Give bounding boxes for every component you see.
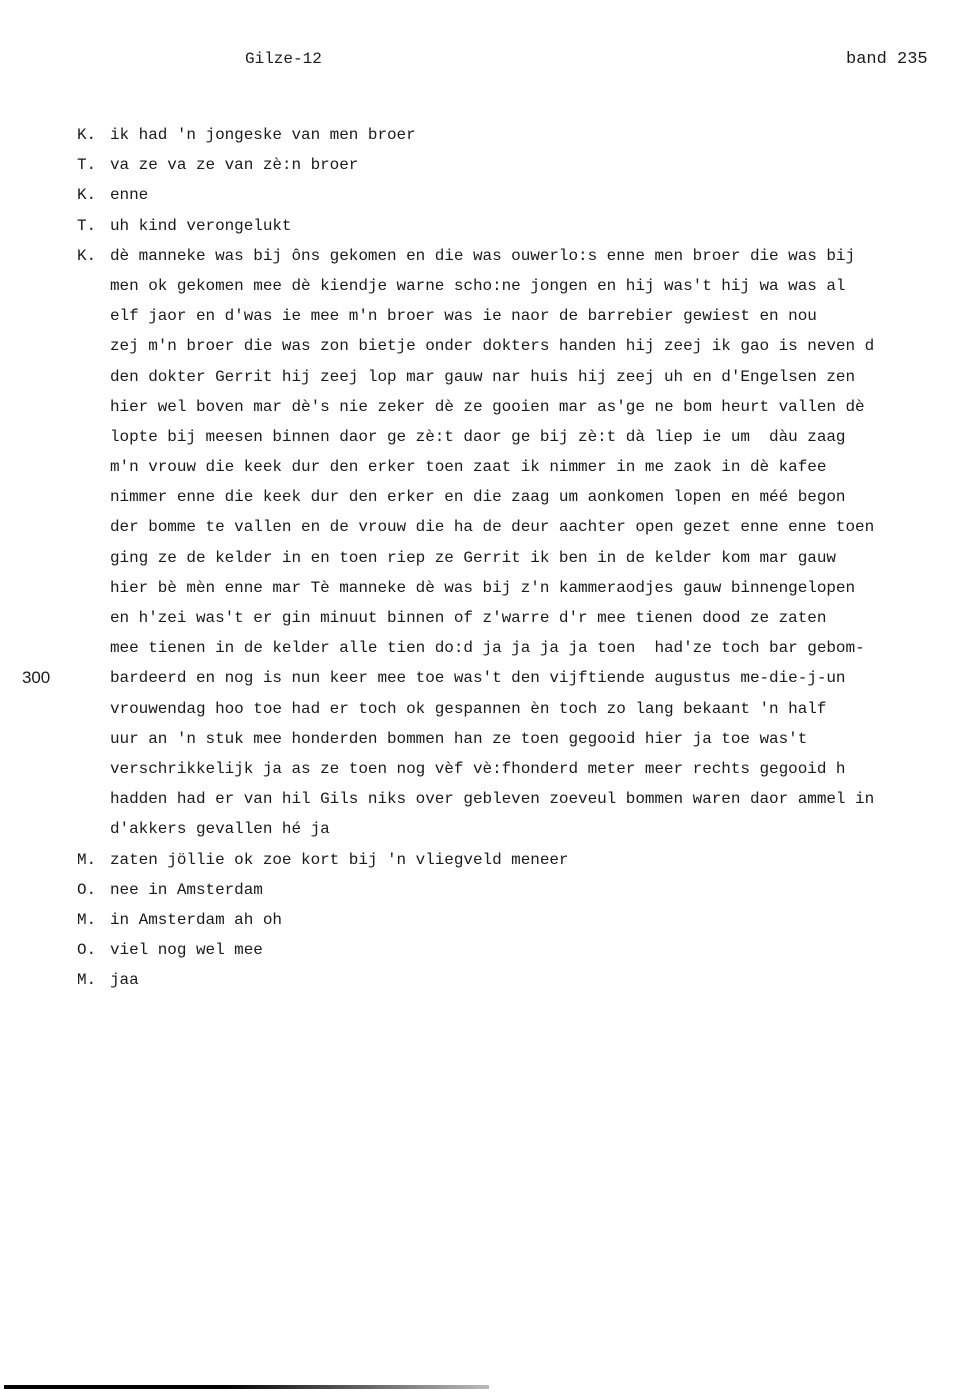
transcript-line: M.zaten jöllie ok zoe kort bij 'n vliegv… xyxy=(0,845,973,875)
transcript-line: mee tienen in de kelder alle tien do:d j… xyxy=(0,633,973,663)
line-text: lopte bij meesen binnen daor ge zè:t dao… xyxy=(110,422,845,452)
transcript-line: T.uh kind verongelukt xyxy=(0,211,973,241)
margin-counter: 300 xyxy=(22,663,50,693)
transcript-line: T.va ze va ze van zè:n broer xyxy=(0,150,973,180)
line-text: vrouwendag hoo toe had er toch ok gespan… xyxy=(110,694,826,724)
transcript-line: den dokter Gerrit hij zeej lop mar gauw … xyxy=(0,362,973,392)
line-text: bardeerd en nog is nun keer mee toe was'… xyxy=(110,663,845,693)
line-text: hier wel boven mar dè's nie zeker dè ze … xyxy=(110,392,865,422)
line-text: men ok gekomen mee dè kiendje warne scho… xyxy=(110,271,845,301)
speaker-label: K. xyxy=(77,241,96,271)
transcript-line: hier bè mèn enne mar Tè manneke dè was b… xyxy=(0,573,973,603)
line-text: en h'zei was't er gin minuut binnen of z… xyxy=(110,603,826,633)
transcript-line: K.enne xyxy=(0,180,973,210)
transcript-line: hadden had er van hil Gils niks over geb… xyxy=(0,784,973,814)
speaker-label: T. xyxy=(77,150,96,180)
line-text: nimmer enne die keek dur den erker en di… xyxy=(110,482,845,512)
speaker-label: M. xyxy=(77,965,96,995)
transcript-line: lopte bij meesen binnen daor ge zè:t dao… xyxy=(0,422,973,452)
line-text: ik had 'n jongeske van men broer xyxy=(110,120,416,150)
transcript-line: O.viel nog wel mee xyxy=(0,935,973,965)
bottom-rule xyxy=(4,1385,489,1389)
speaker-label: K. xyxy=(77,180,96,210)
speaker-label: K. xyxy=(77,120,96,150)
transcript-line: 300bardeerd en nog is nun keer mee toe w… xyxy=(0,663,973,693)
transcript-line: verschrikkelijk ja as ze toen nog vèf vè… xyxy=(0,754,973,784)
band-number: band 235 xyxy=(846,50,928,69)
line-text: viel nog wel mee xyxy=(110,935,263,965)
transcript-line: K.ik had 'n jongeske van men broer xyxy=(0,120,973,150)
line-text: ging ze de kelder in en toen riep ze Ger… xyxy=(110,543,836,573)
transcript-line: M.in Amsterdam ah oh xyxy=(0,905,973,935)
speaker-label: M. xyxy=(77,845,96,875)
line-text: nee in Amsterdam xyxy=(110,875,263,905)
transcript-line: men ok gekomen mee dè kiendje warne scho… xyxy=(0,271,973,301)
line-text: va ze va ze van zè:n broer xyxy=(110,150,358,180)
speaker-label: O. xyxy=(77,875,96,905)
speaker-label: T. xyxy=(77,211,96,241)
transcript-line: hier wel boven mar dè's nie zeker dè ze … xyxy=(0,392,973,422)
transcript-line: uur an 'n stuk mee honderden bommen han … xyxy=(0,724,973,754)
line-text: hadden had er van hil Gils niks over geb… xyxy=(110,784,874,814)
line-text: zej m'n broer die was zon bietje onder d… xyxy=(110,331,874,361)
line-text: jaa xyxy=(110,965,139,995)
line-text: dè manneke was bij ôns gekomen en die wa… xyxy=(110,241,855,271)
transcript-line: elf jaor en d'was ie mee m'n broer was i… xyxy=(0,301,973,331)
transcript-line: O.nee in Amsterdam xyxy=(0,875,973,905)
line-text: uh kind verongelukt xyxy=(110,211,291,241)
transcript-body: K.ik had 'n jongeske van men broerT.va z… xyxy=(0,120,973,995)
line-text: der bomme te vallen en de vrouw die ha d… xyxy=(110,512,874,542)
transcript-line: nimmer enne die keek dur den erker en di… xyxy=(0,482,973,512)
speaker-label: O. xyxy=(77,935,96,965)
line-text: verschrikkelijk ja as ze toen nog vèf vè… xyxy=(110,754,845,784)
line-text: elf jaor en d'was ie mee m'n broer was i… xyxy=(110,301,817,331)
line-text: mee tienen in de kelder alle tien do:d j… xyxy=(110,633,865,663)
transcript-line: K.dè manneke was bij ôns gekomen en die … xyxy=(0,241,973,271)
line-text: uur an 'n stuk mee honderden bommen han … xyxy=(110,724,807,754)
document-title: Gilze-12 xyxy=(245,50,322,68)
transcript-line: vrouwendag hoo toe had er toch ok gespan… xyxy=(0,694,973,724)
transcript-line: M.jaa xyxy=(0,965,973,995)
line-text: den dokter Gerrit hij zeej lop mar gauw … xyxy=(110,362,855,392)
line-text: m'n vrouw die keek dur den erker toen za… xyxy=(110,452,826,482)
line-text: enne xyxy=(110,180,148,210)
line-text: in Amsterdam ah oh xyxy=(110,905,282,935)
line-text: d'akkers gevallen hé ja xyxy=(110,814,330,844)
transcript-line: m'n vrouw die keek dur den erker toen za… xyxy=(0,452,973,482)
line-text: zaten jöllie ok zoe kort bij 'n vliegvel… xyxy=(110,845,568,875)
line-text: hier bè mèn enne mar Tè manneke dè was b… xyxy=(110,573,855,603)
speaker-label: M. xyxy=(77,905,96,935)
transcript-line: en h'zei was't er gin minuut binnen of z… xyxy=(0,603,973,633)
transcript-line: der bomme te vallen en de vrouw die ha d… xyxy=(0,512,973,542)
transcript-line: ging ze de kelder in en toen riep ze Ger… xyxy=(0,543,973,573)
transcript-line: d'akkers gevallen hé ja xyxy=(0,814,973,844)
transcript-line: zej m'n broer die was zon bietje onder d… xyxy=(0,331,973,361)
